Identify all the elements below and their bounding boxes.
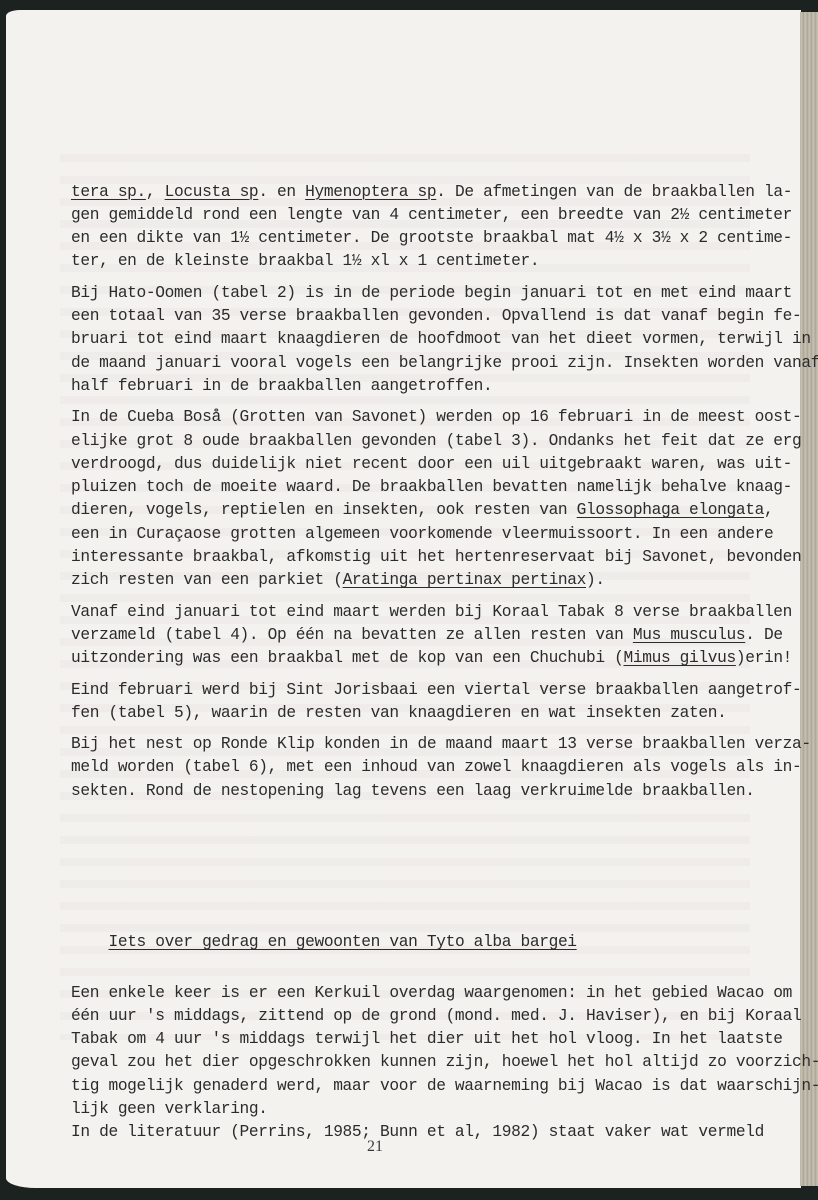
text-line: zich resten van een parkiet (Aratinga pe… (71, 569, 751, 592)
text-run: elijke grot 8 oude braakballen gevonden … (71, 432, 801, 450)
text-line: Tabak om 4 uur 's middags terwijl het di… (71, 1028, 751, 1051)
text-line: bruari tot eind maart knaagdieren de hoo… (71, 328, 751, 351)
text-run: ter, en de kleinste braakbal 1½ xl x 1 c… (71, 252, 539, 270)
text-line: geval zou het dier opgeschrokken kunnen … (71, 1051, 751, 1074)
text-run: bruari tot eind maart knaagdieren de hoo… (71, 330, 811, 348)
text-line: uitzondering was een braakbal met de kop… (71, 647, 751, 670)
text-run: lijk geen verklaring. (71, 1100, 268, 1118)
species-name: tera sp. (71, 183, 146, 201)
paragraph-p1: tera sp., Locusta sp. en Hymenoptera sp.… (71, 181, 751, 274)
text-line: Bij het nest op Ronde Klip konden in de … (71, 733, 751, 756)
text-line: verdroogd, dus duidelijk niet recent doo… (71, 453, 751, 476)
paragraph-p2: Bij Hato-Oomen (tabel 2) is in de period… (71, 282, 751, 398)
text-line: verzameld (tabel 4). Op één na bevatten … (71, 624, 751, 647)
text-run: Een enkele keer is er een Kerkuil overda… (71, 984, 792, 1002)
text-run: Vanaf eind januari tot eind maart werden… (71, 603, 792, 621)
species-name: Mimus gilvus (623, 649, 735, 667)
paragraph-p3: In de Cueba Boså (Grotten van Savonet) w… (71, 406, 751, 592)
text-run: half februari in de braakballen aangetro… (71, 377, 492, 395)
text-line: elijke grot 8 oude braakballen gevonden … (71, 430, 751, 453)
text-run: In de literatuur (Perrins, 1985; Bunn et… (71, 1123, 764, 1141)
text-line: tera sp., Locusta sp. en Hymenoptera sp.… (71, 181, 751, 204)
paragraph-p5: Eind februari werd bij Sint Jorisbaai ee… (71, 679, 751, 726)
text-line: en een dikte van 1½ centimeter. De groot… (71, 227, 751, 250)
paragraph-s1: Een enkele keer is er een Kerkuil overda… (71, 982, 751, 1122)
text-line: Eind februari werd bij Sint Jorisbaai ee… (71, 679, 751, 702)
section-heading-text: Iets over gedrag en gewoonten van Tyto a… (108, 933, 576, 951)
text-run: pluizen toch de moeite waard. De braakba… (71, 478, 792, 496)
text-line: interessante braakbal, afkomstig uit het… (71, 546, 751, 569)
text-run: ). (586, 571, 605, 589)
species-name: Locusta sp (165, 183, 259, 201)
text-run: Bij het nest op Ronde Klip konden in de … (71, 735, 811, 753)
text-line: de maand januari vooral vogels een belan… (71, 352, 751, 375)
text-run: Eind februari werd bij Sint Jorisbaai ee… (71, 681, 801, 699)
text-run: fen (tabel 5), waarin de resten van knaa… (71, 704, 727, 722)
text-run: gen gemiddeld rond een lengte van 4 cent… (71, 206, 792, 224)
text-line: half februari in de braakballen aangetro… (71, 375, 751, 398)
text-run: zich resten van een parkiet ( (71, 571, 343, 589)
text-run: tig mogelijk genaderd werd, maar voor de… (71, 1077, 818, 1095)
text-line: dieren, vogels, reptielen en insekten, o… (71, 499, 751, 522)
page-edges-right (800, 12, 818, 1186)
species-name: Aratinga pertinax pertinax (343, 571, 586, 589)
text-line: lijk geen verklaring. (71, 1098, 751, 1121)
text-line: pluizen toch de moeite waard. De braakba… (71, 476, 751, 499)
text-line: één uur 's middags, zittend op de grond … (71, 1005, 751, 1028)
text-run: verzameld (tabel 4). Op één na bevatten … (71, 626, 633, 644)
text-line: Een enkele keer is er een Kerkuil overda… (71, 982, 751, 1005)
paragraph-s2: In de literatuur (Perrins, 1985; Bunn et… (71, 1121, 751, 1144)
text-line: Bij Hato-Oomen (tabel 2) is in de period… (71, 282, 751, 305)
text-line: een totaal van 35 verse braakballen gevo… (71, 305, 751, 328)
text-line: sekten. Rond de nestopening lag tevens e… (71, 780, 751, 803)
text-line: meld worden (tabel 6), met een inhoud va… (71, 756, 751, 779)
text-line: gen gemiddeld rond een lengte van 4 cent… (71, 204, 751, 227)
text-run: , (764, 501, 773, 519)
text-run: sekten. Rond de nestopening lag tevens e… (71, 782, 755, 800)
text-run: . De (745, 626, 782, 644)
species-name: Glossophaga elongata (577, 501, 764, 519)
text-run: dieren, vogels, reptielen en insekten, o… (71, 501, 577, 519)
text-run: verdroogd, dus duidelijk niet recent doo… (71, 455, 792, 473)
section-heading: Iets over gedrag en gewoonten van Tyto a… (71, 908, 751, 931)
text-run: meld worden (tabel 6), met een inhoud va… (71, 758, 801, 776)
text-run: . De afmetingen van de braakballen la- (436, 183, 792, 201)
text-line: een in Curaçaose grotten algemeen voorko… (71, 523, 751, 546)
paragraph-p6: Bij het nest op Ronde Klip konden in de … (71, 733, 751, 803)
text-run: en een dikte van 1½ centimeter. De groot… (71, 229, 792, 247)
text-line: ter, en de kleinste braakbal 1½ xl x 1 c… (71, 250, 751, 273)
text-line: In de literatuur (Perrins, 1985; Bunn et… (71, 1121, 751, 1144)
text-line: In de Cueba Boså (Grotten van Savonet) w… (71, 406, 751, 429)
text-run: de maand januari vooral vogels een belan… (71, 354, 818, 372)
text-line: fen (tabel 5), waarin de resten van knaa… (71, 702, 751, 725)
text-run: Bij Hato-Oomen (tabel 2) is in de period… (71, 284, 792, 302)
species-name: Hymenoptera sp (305, 183, 436, 201)
main-paragraphs: tera sp., Locusta sp. en Hymenoptera sp.… (71, 181, 751, 803)
text-run: een totaal van 35 verse braakballen gevo… (71, 307, 801, 325)
text-line: tig mogelijk genaderd werd, maar voor de… (71, 1075, 751, 1098)
text-run: geval zou het dier opgeschrokken kunnen … (71, 1053, 818, 1071)
paragraph-p4: Vanaf eind januari tot eind maart werden… (71, 601, 751, 671)
text-run: )erin! (736, 649, 792, 667)
body-text: tera sp., Locusta sp. en Hymenoptera sp.… (71, 134, 751, 1168)
text-run: . en (258, 183, 305, 201)
section-paragraphs: Een enkele keer is er een Kerkuil overda… (71, 982, 751, 1145)
text-run: interessante braakbal, afkomstig uit het… (71, 548, 801, 566)
text-run: één uur 's middags, zittend op de grond … (71, 1007, 801, 1025)
text-run: uitzondering was een braakbal met de kop… (71, 649, 623, 667)
species-name: Mus musculus (633, 626, 745, 644)
text-run: een in Curaçaose grotten algemeen voorko… (71, 525, 773, 543)
text-run: In de Cueba Boså (Grotten van Savonet) w… (71, 408, 801, 426)
page-number: 21 (367, 1138, 383, 1156)
text-run: , (146, 183, 165, 201)
text-line: Vanaf eind januari tot eind maart werden… (71, 601, 751, 624)
text-run: Tabak om 4 uur 's middags terwijl het di… (71, 1030, 783, 1048)
